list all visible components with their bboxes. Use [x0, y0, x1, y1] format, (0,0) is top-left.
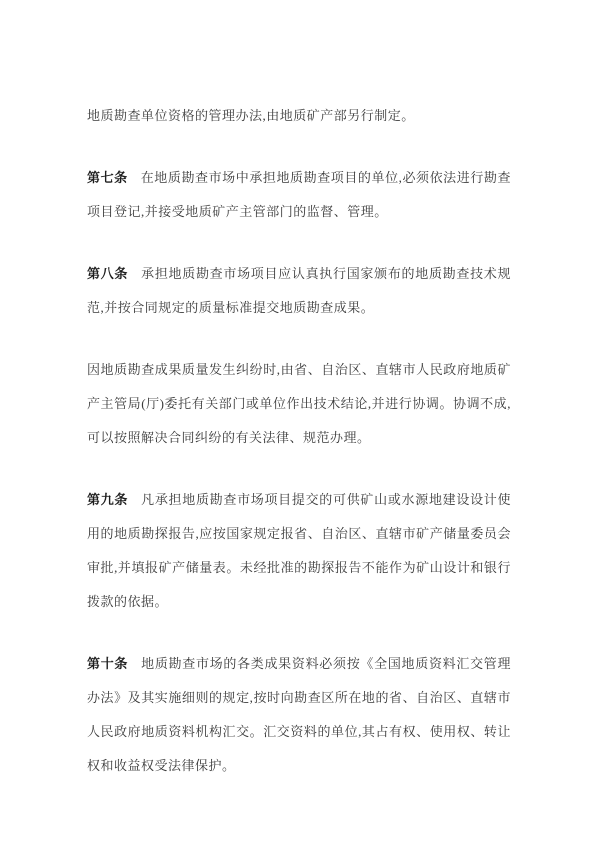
paragraph-article-7: 第七条在地质勘查市场中承担地质勘查项目的单位,必须依法进行勘查项目登记,并接受地…	[87, 161, 511, 229]
paragraph-text: 地质勘查市场的各类成果资料必须按《全国地质资料汇交管理办法》及其实施细则的规定,…	[87, 656, 511, 773]
paragraph-text: 承担地质勘查市场项目应认真执行国家颁布的地质勘查技术规范,并按合同规定的质量标准…	[87, 266, 511, 315]
article-9-term: 第九条	[87, 492, 128, 507]
document-page: 地质勘查单位资格的管理办法,由地质矿产部另行制定。 第七条在地质勘查市场中承担地…	[0, 0, 595, 841]
paragraph-article-8: 第八条承担地质勘查市场项目应认真执行国家颁布的地质勘查技术规范,并按合同规定的质…	[87, 257, 511, 325]
paragraph-text: 因地质勘查成果质量发生纠纷时,由省、自治区、直辖市人民政府地质矿产主管局(厅)委…	[87, 362, 511, 445]
paragraph-management-measures: 地质勘查单位资格的管理办法,由地质矿产部另行制定。	[87, 99, 511, 133]
paragraph-article-10: 第十条地质勘查市场的各类成果资料必须按《全国地质资料汇交管理办法》及其实施细则的…	[87, 647, 511, 783]
paragraph-quality-dispute: 因地质勘查成果质量发生纠纷时,由省、自治区、直辖市人民政府地质矿产主管局(厅)委…	[87, 353, 511, 455]
article-8-term: 第八条	[87, 266, 128, 281]
paragraph-article-9: 第九条凡承担地质勘查市场项目提交的可供矿山或水源地建设设计使用的地质勘探报告,应…	[87, 483, 511, 619]
article-10-term: 第十条	[87, 656, 128, 671]
paragraph-text: 在地质勘查市场中承担地质勘查项目的单位,必须依法进行勘查项目登记,并接受地质矿产…	[87, 170, 511, 219]
paragraph-text: 凡承担地质勘查市场项目提交的可供矿山或水源地建设设计使用的地质勘探报告,应按国家…	[87, 492, 511, 609]
paragraph-text: 地质勘查单位资格的管理办法,由地质矿产部另行制定。	[87, 108, 415, 123]
article-7-term: 第七条	[87, 170, 128, 185]
